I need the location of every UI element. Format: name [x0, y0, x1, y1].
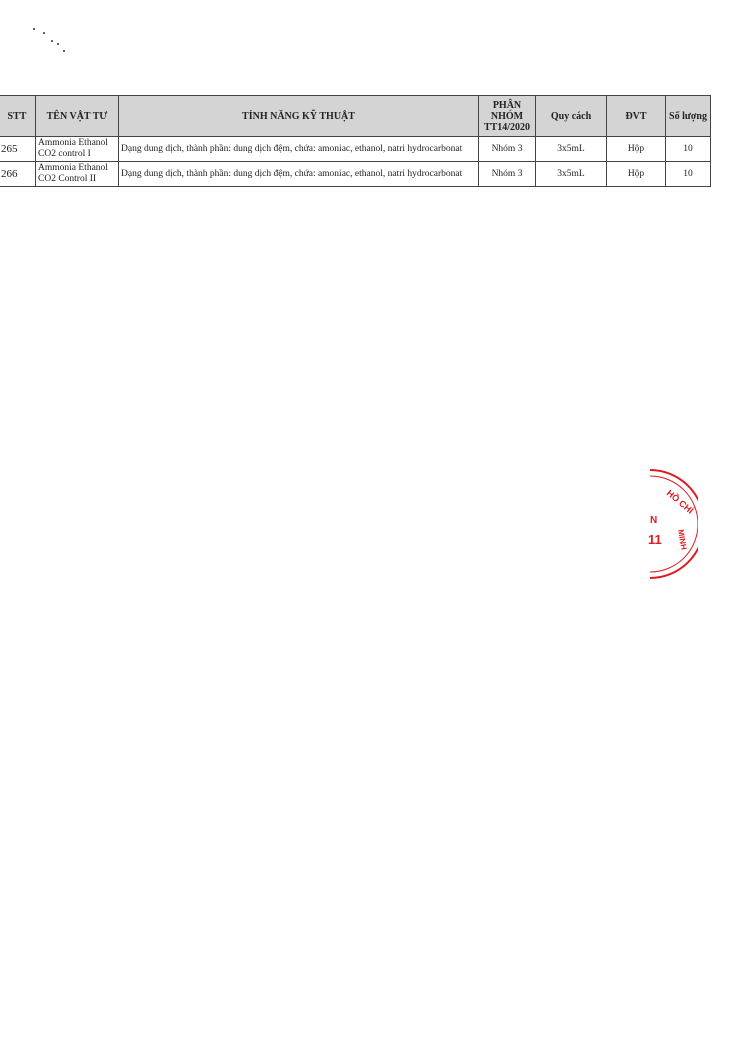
stamp-arc-text: HỒ CHÍ	[665, 487, 697, 516]
table-row: 266 Ammonia Ethanol CO2 Control II Dạng …	[0, 162, 711, 187]
cell-stt: 265	[0, 137, 36, 162]
cell-stt: 266	[0, 162, 36, 187]
table-header-row: STT TÊN VẬT TƯ TÍNH NĂNG KỸ THUẬT PHÂN N…	[0, 96, 711, 137]
cell-unit: Hộp	[607, 137, 666, 162]
col-group: PHÂN NHÓM TT14/2020	[479, 96, 536, 137]
col-unit: ĐVT	[607, 96, 666, 137]
cell-quantity: 10	[666, 162, 711, 187]
cell-quantity: 10	[666, 137, 711, 162]
cell-spec: Dạng dung dịch, thành phần: dung dịch đệ…	[119, 137, 479, 162]
col-quantity: Số lượng	[666, 96, 711, 137]
col-name: TÊN VẬT TƯ	[36, 96, 119, 137]
stamp-inner-text-1: N	[650, 515, 657, 526]
supply-table: STT TÊN VẬT TƯ TÍNH NĂNG KỸ THUẬT PHÂN N…	[0, 95, 711, 187]
svg-text:MINH: MINH	[676, 529, 688, 551]
cell-name: Ammonia Ethanol CO2 Control II	[36, 162, 119, 187]
cell-packing: 3x5mL	[536, 162, 607, 187]
cell-group: Nhóm 3	[479, 137, 536, 162]
cell-spec: Dạng dung dịch, thành phần: dung dịch đệ…	[119, 162, 479, 187]
col-spec: TÍNH NĂNG KỸ THUẬT	[119, 96, 479, 137]
table-row: 265 Ammonia Ethanol CO2 control I Dạng d…	[0, 137, 711, 162]
red-seal-stamp: HỒ CHÍ MINH N 11	[648, 468, 698, 580]
stamp-inner-text-2: 11	[648, 532, 662, 547]
cell-group: Nhóm 3	[479, 162, 536, 187]
scan-specks	[30, 25, 70, 55]
col-packing: Quy cách	[536, 96, 607, 137]
cell-unit: Hộp	[607, 162, 666, 187]
cell-packing: 3x5mL	[536, 137, 607, 162]
cell-name: Ammonia Ethanol CO2 control I	[36, 137, 119, 162]
col-stt: STT	[0, 96, 36, 137]
